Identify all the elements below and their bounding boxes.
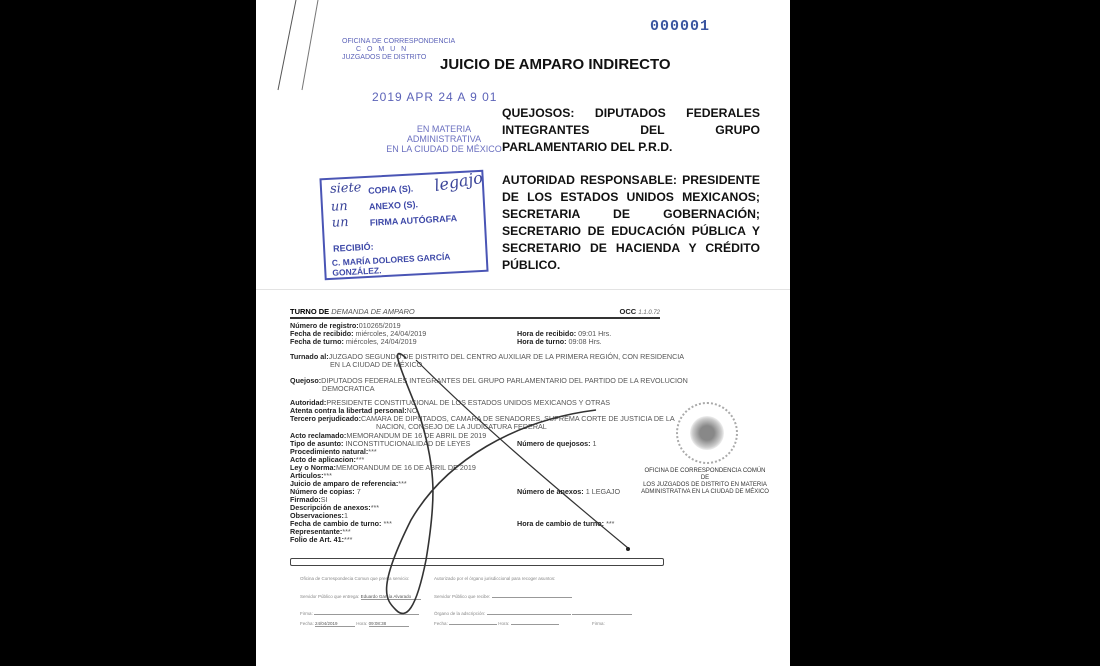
handwritten-signature bbox=[256, 0, 790, 666]
document-page: 000001 OFICINA DE CORRESPONDENCIA C O M … bbox=[256, 0, 790, 666]
